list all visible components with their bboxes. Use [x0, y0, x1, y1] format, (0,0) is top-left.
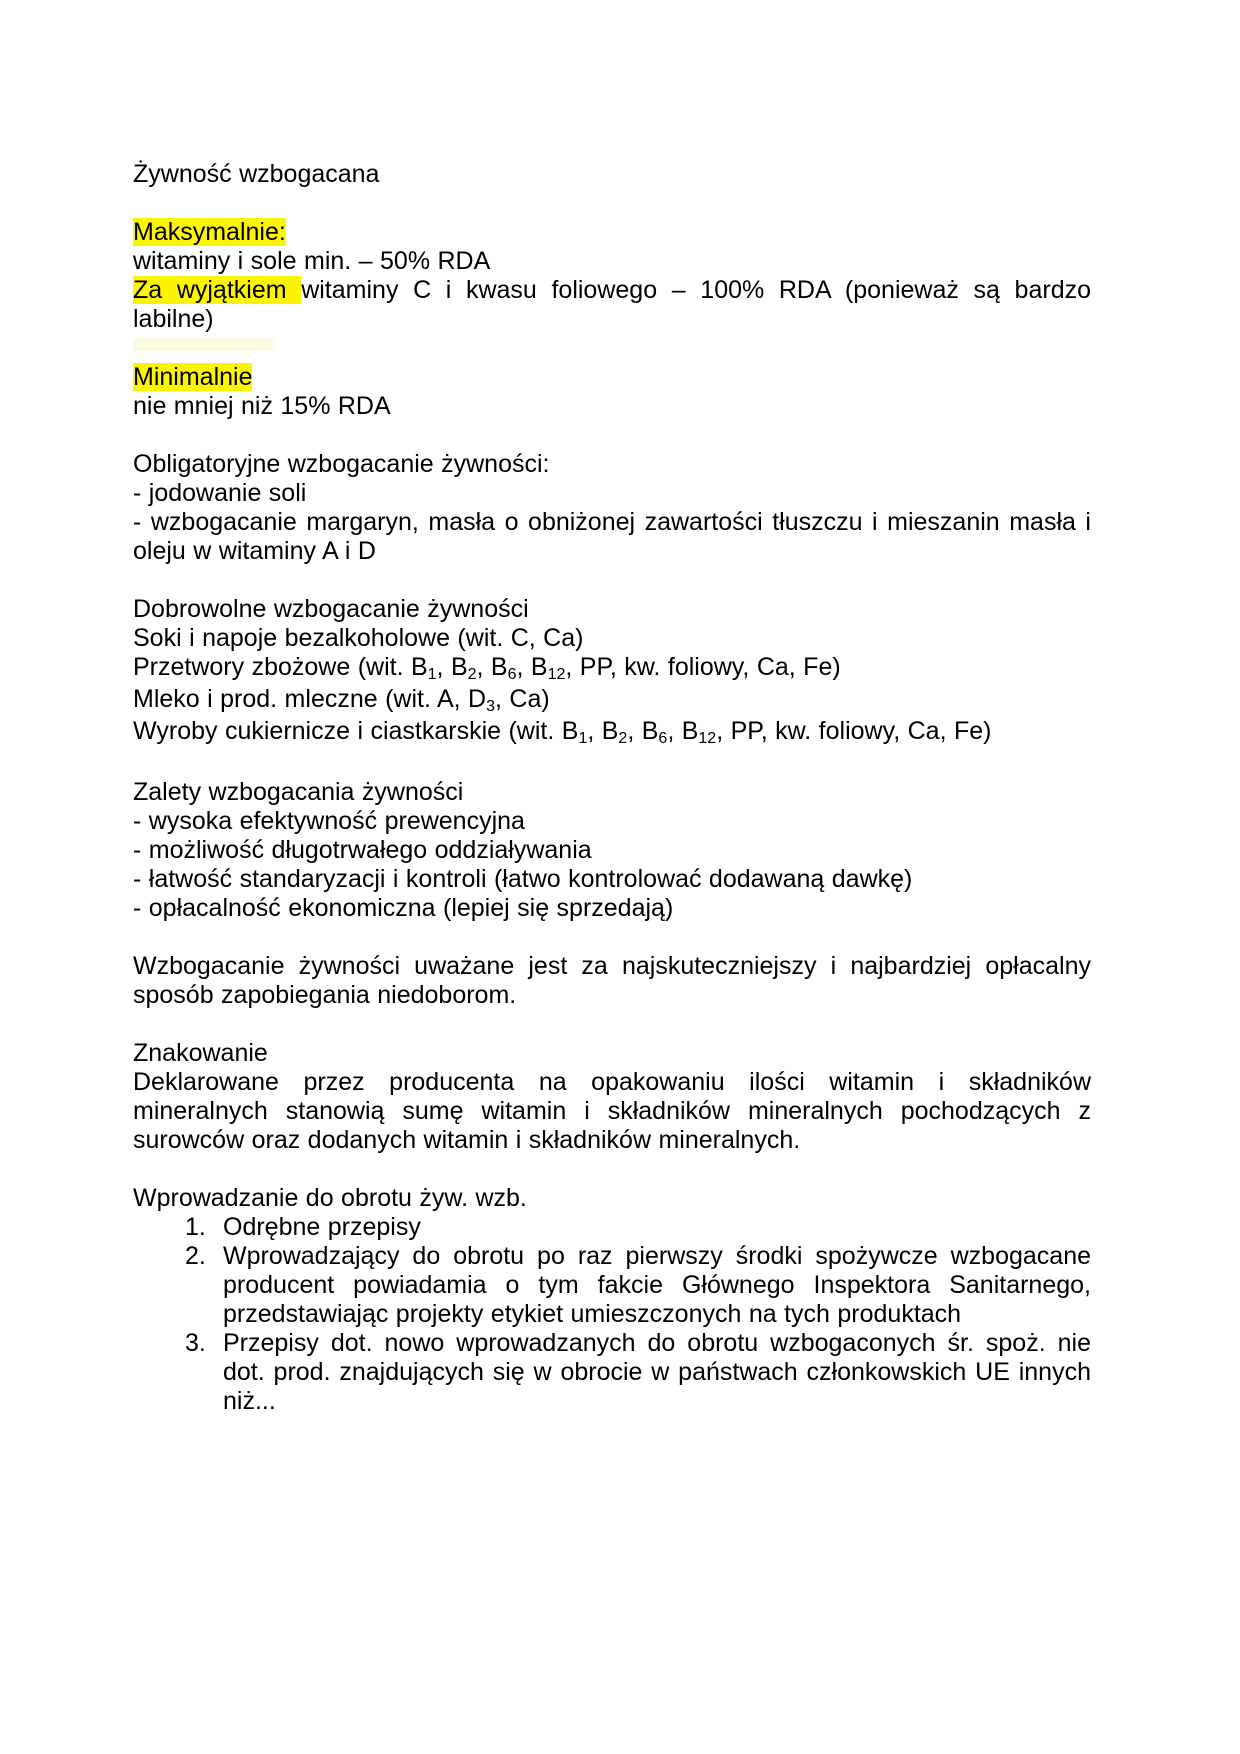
text-run: 2 — [468, 666, 477, 683]
text-run: 6 — [658, 730, 667, 747]
document-page: Żywność wzbogacanaMaksymalnie:witaminy i… — [0, 0, 1240, 1754]
blank-line — [133, 421, 1091, 450]
paragraph: - możliwość długotrwałego oddziaływania — [133, 836, 1091, 865]
paragraph: Wprowadzanie do obrotu żyw. wzb. — [133, 1184, 1091, 1213]
blank-line — [133, 1155, 1091, 1184]
list-number: 2. — [185, 1242, 206, 1271]
paragraph: - opłacalność ekonomiczna (lepiej się sp… — [133, 894, 1091, 923]
text-run: Znakowanie — [133, 1039, 268, 1067]
highlighted-text: Minimalnie — [133, 363, 252, 391]
paragraph: Znakowanie — [133, 1039, 1091, 1068]
paragraph: Dobrowolne wzbogacanie żywności — [133, 595, 1091, 624]
text-run: - jodowanie soli — [133, 479, 306, 507]
paragraph: Maksymalnie: — [133, 218, 1091, 247]
text-run: Zalety wzbogacania żywności — [133, 778, 463, 806]
text-run: witaminy i sole min. – 50% RDA — [133, 247, 490, 275]
text-run: Żywność wzbogacana — [133, 160, 379, 188]
text-run: Odrębne przepisy — [223, 1213, 421, 1241]
paragraph: Mleko i prod. mleczne (wit. A, D3, Ca) — [133, 685, 1091, 717]
paragraph: Wyroby cukiernicze i ciastkarskie (wit. … — [133, 717, 1091, 749]
text-run: Soki i napoje bezalkoholowe (wit. C, Ca) — [133, 624, 583, 652]
document-content: Żywność wzbogacanaMaksymalnie:witaminy i… — [133, 160, 1091, 1416]
paragraph: Obligatoryjne wzbogacanie żywności: — [133, 450, 1091, 479]
text-run: Wprowadzający do obrotu po raz pierwszy … — [223, 1242, 1091, 1328]
paragraph: Zalety wzbogacania żywności — [133, 778, 1091, 807]
text-run: , B — [437, 653, 468, 681]
text-run: 12 — [548, 666, 566, 683]
paragraph: witaminy i sole min. – 50% RDA — [133, 247, 1091, 276]
text-run: Obligatoryjne wzbogacanie żywności: — [133, 450, 550, 478]
text-run: , B — [667, 717, 698, 745]
paragraph: - wysoka efektywność prewencyjna — [133, 807, 1091, 836]
blank-line — [133, 749, 1091, 778]
blank-line — [133, 334, 1091, 363]
text-run: - opłacalność ekonomiczna (lepiej się sp… — [133, 894, 673, 922]
highlighted-text: Maksymalnie: — [133, 218, 286, 246]
paragraph: Wzbogacanie żywności uważane jest za naj… — [133, 952, 1091, 1010]
text-run: , PP, kw. foliowy, Ca, Fe) — [565, 653, 840, 681]
text-run: , B — [477, 653, 508, 681]
text-run: Deklarowane przez producenta na opakowan… — [133, 1068, 1091, 1154]
blank-line — [133, 923, 1091, 952]
text-run: 12 — [698, 730, 716, 747]
paragraph: Przetwory zbożowe (wit. B1, B2, B6, B12,… — [133, 653, 1091, 685]
paragraph: Deklarowane przez producenta na opakowan… — [133, 1068, 1091, 1155]
text-run: - wysoka efektywność prewencyjna — [133, 807, 525, 835]
text-run: Przetwory zbożowe (wit. B — [133, 653, 428, 681]
text-run: Mleko i prod. mleczne (wit. A, D — [133, 685, 486, 713]
paragraph: - łatwość standaryzacji i kontroli (łatw… — [133, 865, 1091, 894]
text-run: 1 — [428, 666, 437, 683]
text-run: 2 — [618, 730, 627, 747]
paragraph: Za wyjątkiem witaminy C i kwasu folioweg… — [133, 276, 1091, 334]
highlighted-text: Za wyjątkiem — [133, 276, 301, 304]
text-run: Wzbogacanie żywności uważane jest za naj… — [133, 952, 1091, 1009]
text-run: 6 — [508, 666, 517, 683]
text-run: Wyroby cukiernicze i ciastkarskie (wit. … — [133, 717, 578, 745]
text-run: 1 — [578, 730, 587, 747]
text-run: , B — [627, 717, 658, 745]
text-run: , PP, kw. foliowy, Ca, Fe) — [716, 717, 991, 745]
text-run: , B — [517, 653, 548, 681]
paragraph: Soki i napoje bezalkoholowe (wit. C, Ca) — [133, 624, 1091, 653]
paragraph: 3.Przepisy dot. nowo wprowadzanych do ob… — [133, 1329, 1091, 1416]
text-run: - łatwość standaryzacji i kontroli (łatw… — [133, 865, 912, 893]
blank-line — [133, 189, 1091, 218]
text-run: 3 — [486, 698, 495, 715]
paragraph: Minimalnie — [133, 363, 1091, 392]
text-run: Dobrowolne wzbogacanie żywności — [133, 595, 529, 623]
text-run: - wzbogacanie margaryn, masła o obniżone… — [133, 508, 1091, 565]
text-run: nie mniej niż 15% RDA — [133, 392, 391, 420]
paragraph: - wzbogacanie margaryn, masła o obniżone… — [133, 508, 1091, 566]
paragraph: 1.Odrębne przepisy — [133, 1213, 1091, 1242]
text-run: , B — [587, 717, 618, 745]
text-run: Przepisy dot. nowo wprowadzanych do obro… — [223, 1329, 1091, 1415]
list-number: 3. — [185, 1329, 206, 1358]
paragraph: nie mniej niż 15% RDA — [133, 392, 1091, 421]
paragraph: - jodowanie soli — [133, 479, 1091, 508]
faint-highlight-mark — [133, 338, 273, 351]
list-number: 1. — [185, 1213, 206, 1242]
blank-line — [133, 1010, 1091, 1039]
blank-line — [133, 566, 1091, 595]
paragraph: 2.Wprowadzający do obrotu po raz pierwsz… — [133, 1242, 1091, 1329]
text-run: , Ca) — [495, 685, 550, 713]
text-run: Wprowadzanie do obrotu żyw. wzb. — [133, 1184, 527, 1212]
paragraph: Żywność wzbogacana — [133, 160, 1091, 189]
text-run: - możliwość długotrwałego oddziaływania — [133, 836, 592, 864]
